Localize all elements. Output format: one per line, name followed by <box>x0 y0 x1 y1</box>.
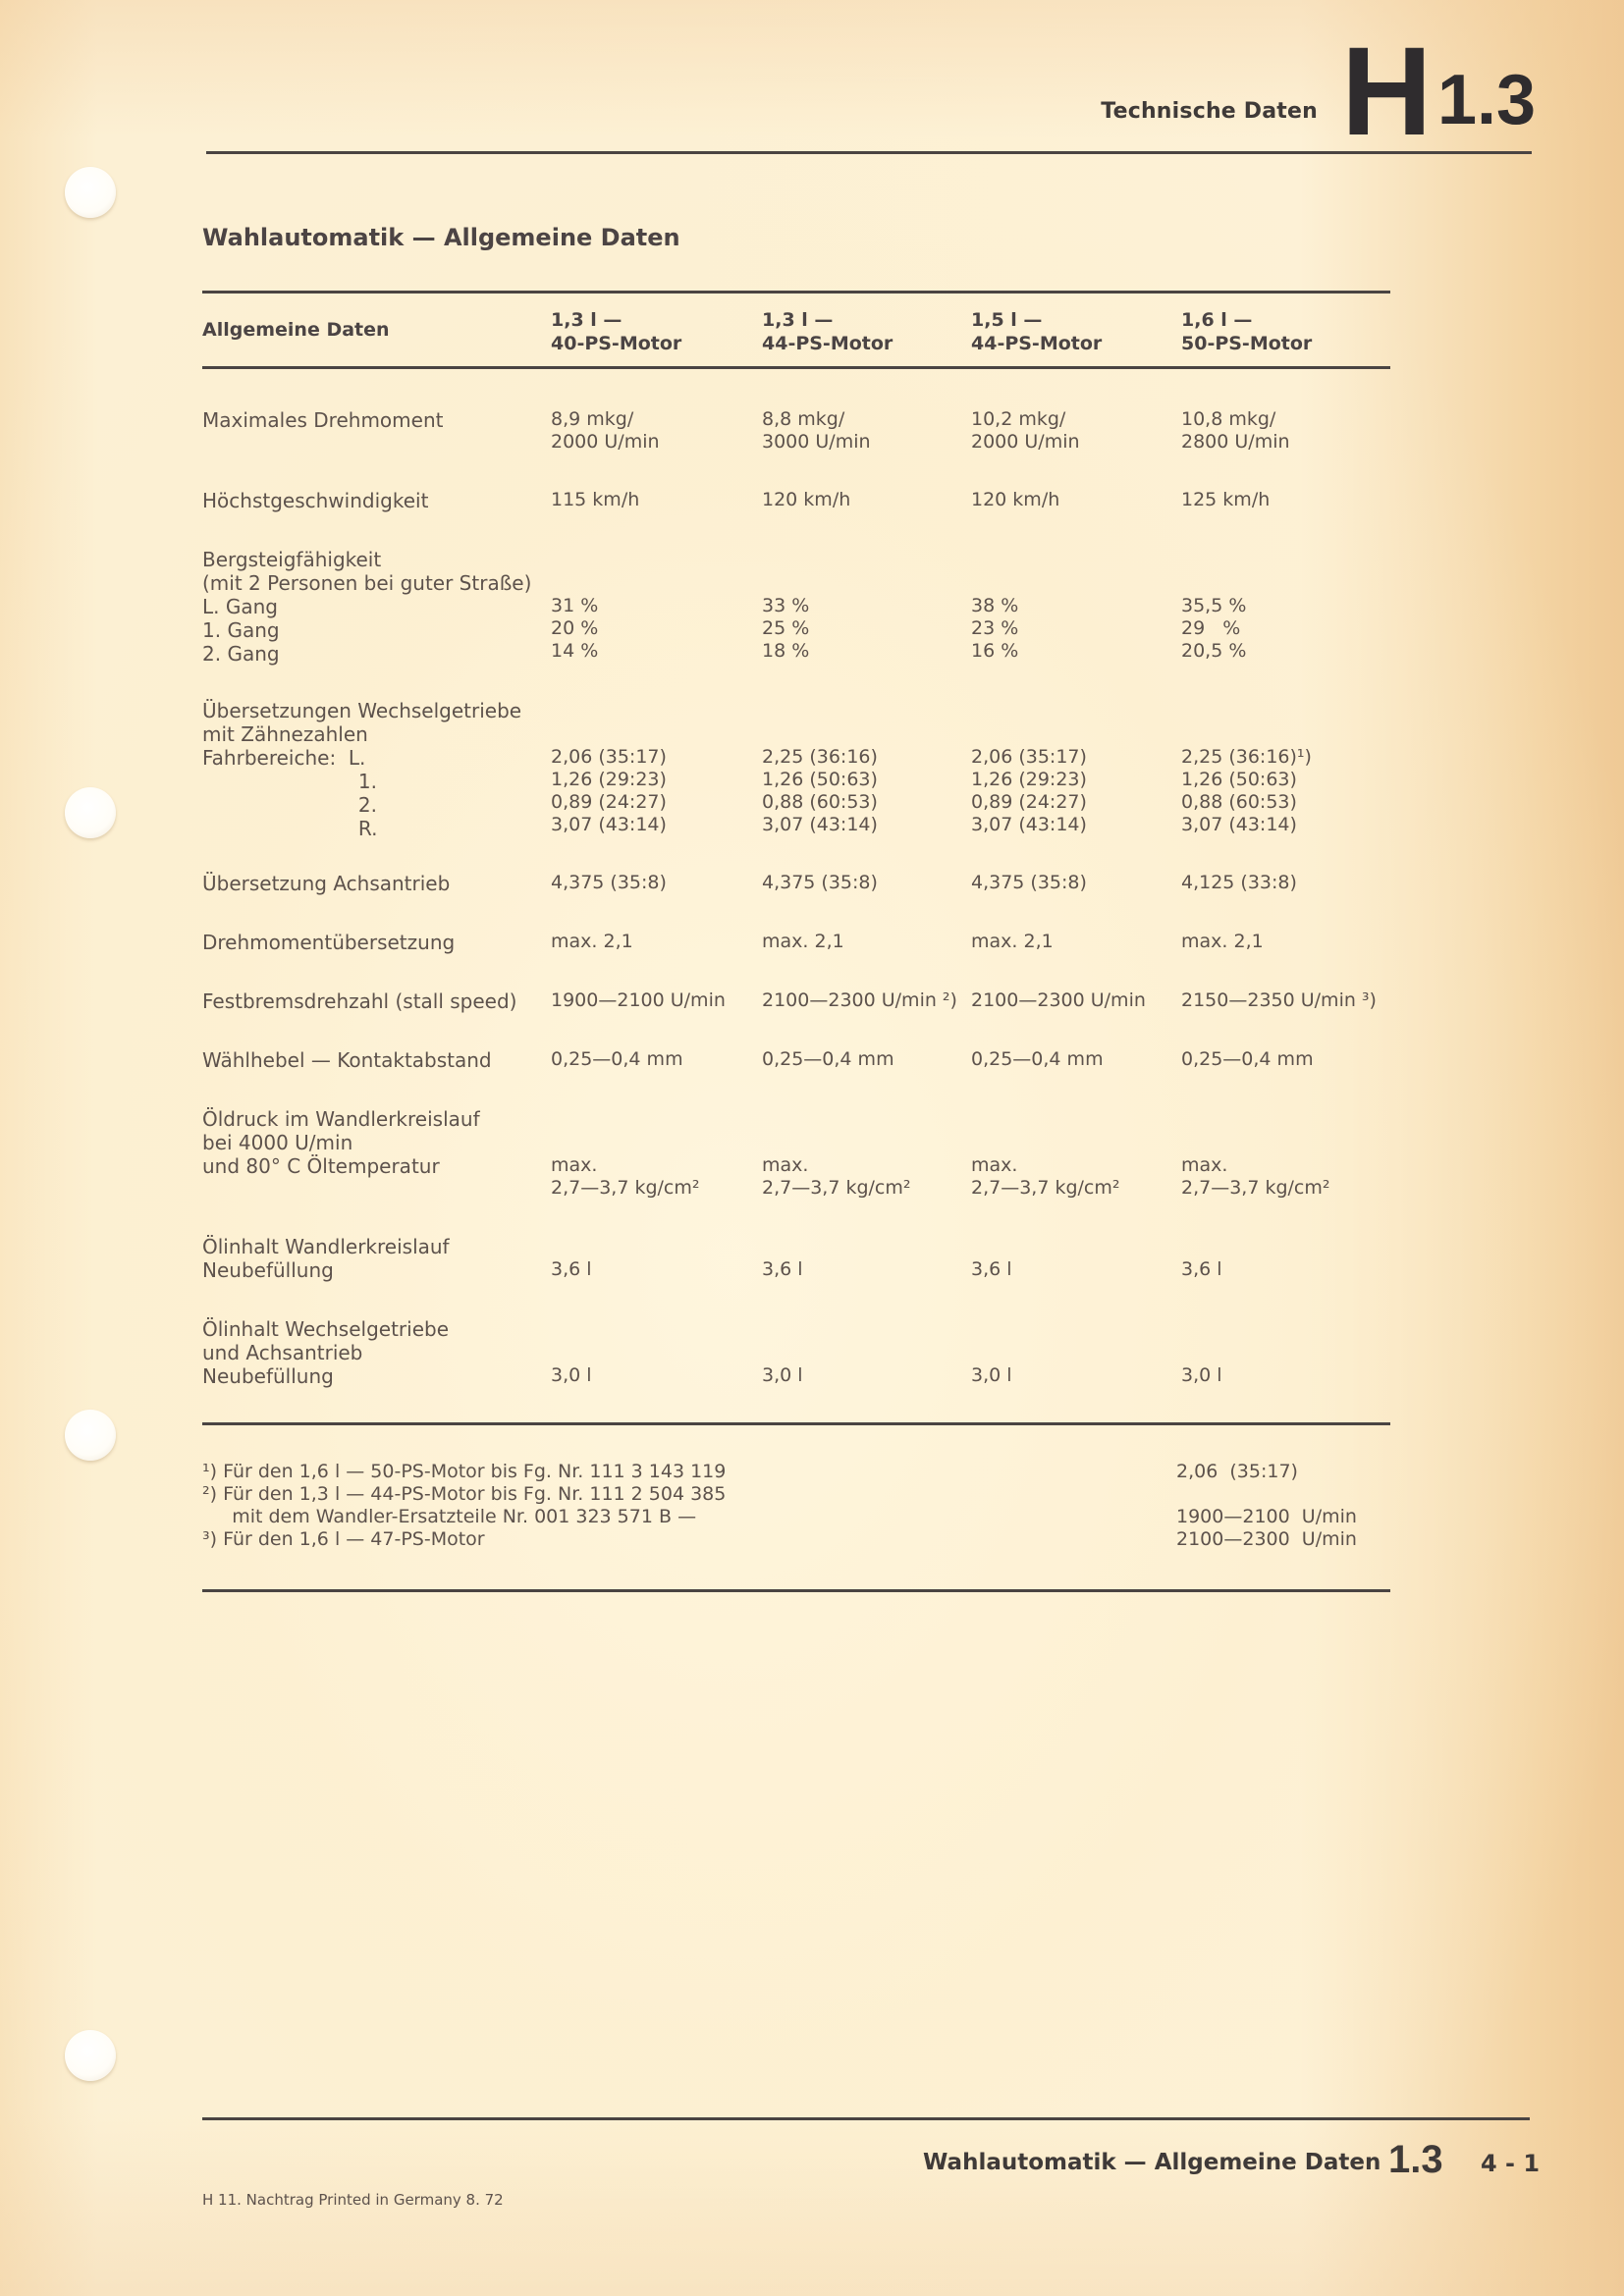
cell: 2,06 (35:17) 1,26 (29:23) 0,89 (24:27) 3… <box>971 746 1087 836</box>
cell: 2,25 (36:16)¹) 1,26 (50:63) 0,88 (60:53)… <box>1181 746 1312 836</box>
cell: 2150—2350 U/min ³) <box>1181 989 1377 1012</box>
row-label: Öldruck im Wandlerkreislauf bei 4000 U/m… <box>202 1107 480 1178</box>
cell: 3,6 l <box>762 1258 803 1281</box>
cell: 3,0 l <box>971 1364 1012 1387</box>
cell: max. 2,1 <box>551 931 633 953</box>
cell: 4,375 (35:8) <box>551 872 667 894</box>
section-label: Technische Daten <box>1101 99 1318 124</box>
punch-hole <box>65 787 116 838</box>
header-label: Allgemeine Daten <box>202 318 390 342</box>
cell: 35,5 % 29 % 20,5 % <box>1181 595 1246 663</box>
page-number: 4 - 1 <box>1481 2150 1540 2177</box>
cell: 33 % 25 % 18 % <box>762 595 809 663</box>
cell: 125 km/h <box>1181 489 1270 511</box>
column-header: 1,5 l —44-PS-Motor <box>971 308 1102 355</box>
cell: 0,25—0,4 mm <box>762 1048 894 1071</box>
cell: max. 2,1 <box>1181 931 1264 953</box>
cell: 0,25—0,4 mm <box>551 1048 683 1071</box>
print-info: H 11. Nachtrag Printed in Germany 8. 72 <box>202 2191 504 2209</box>
row-label: Bergsteigfähigkeit (mit 2 Personen bei g… <box>202 548 531 666</box>
row-label: Ölinhalt Wandlerkreislauf Neubefüllung <box>202 1235 450 1282</box>
cell: 2100—2300 U/min ²) <box>762 989 957 1012</box>
cell: 2100—2300 U/min <box>971 989 1146 1012</box>
cell: 38 % 23 % 16 % <box>971 595 1018 663</box>
row-label: Drehmomentübersetzung <box>202 931 455 954</box>
section-number: 1.3 <box>1437 65 1536 135</box>
cell: max. 2,1 <box>762 931 844 953</box>
cell: 8,9 mkg/ 2000 U/min <box>551 408 660 454</box>
punch-hole <box>65 167 116 218</box>
cell: 4,125 (33:8) <box>1181 872 1297 894</box>
cell: max. 2,7—3,7 kg/cm² <box>551 1154 700 1200</box>
cell: 0,25—0,4 mm <box>971 1048 1104 1071</box>
table-bottom-rule <box>202 1422 1390 1425</box>
row-label: Übersetzung Achsantrieb <box>202 872 450 895</box>
cell: 8,8 mkg/ 3000 U/min <box>762 408 871 454</box>
section-letter: H <box>1341 29 1432 155</box>
cell: 3,6 l <box>971 1258 1012 1281</box>
cell: 3,0 l <box>762 1364 803 1387</box>
row-label: Ölinhalt Wechselgetriebe und Achsantrieb… <box>202 1317 449 1388</box>
column-header: 1,3 l —44-PS-Motor <box>762 308 893 355</box>
punch-hole <box>65 2030 116 2081</box>
row-label: Höchstgeschwindigkeit <box>202 489 428 512</box>
row-label: Wählhebel — Kontaktabstand <box>202 1048 492 1072</box>
cell: 0,25—0,4 mm <box>1181 1048 1314 1071</box>
header-bottom-rule <box>202 366 1390 369</box>
footnotes: ¹) Für den 1,6 l — 50-PS-Motor bis Fg. N… <box>202 1461 726 1551</box>
column-header-line: 50-PS-Motor <box>1181 332 1312 355</box>
row-label: Festbremsdrehzahl (stall speed) <box>202 989 516 1013</box>
footer-rule <box>202 2117 1530 2120</box>
cell: 115 km/h <box>551 489 639 511</box>
cell: max. 2,1 <box>971 931 1054 953</box>
column-header-line: 44-PS-Motor <box>971 332 1102 355</box>
row-label: Maximales Drehmoment <box>202 408 443 432</box>
column-header-line: 44-PS-Motor <box>762 332 893 355</box>
cell: 3,0 l <box>1181 1364 1222 1387</box>
column-header-line: 1,3 l — <box>762 308 893 332</box>
footer-section: 1.3 <box>1388 2138 1443 2182</box>
cell: 10,8 mkg/ 2800 U/min <box>1181 408 1290 454</box>
column-header-line: 1,6 l — <box>1181 308 1312 332</box>
cell: 120 km/h <box>762 489 850 511</box>
column-header: 1,3 l —40-PS-Motor <box>551 308 681 355</box>
column-header-line: 1,3 l — <box>551 308 681 332</box>
column-header-line: 1,5 l — <box>971 308 1102 332</box>
cell: 4,375 (35:8) <box>762 872 878 894</box>
cell: 3,6 l <box>551 1258 592 1281</box>
cell: 31 % 20 % 14 % <box>551 595 598 663</box>
cell: 2,06 (35:17) 1,26 (29:23) 0,89 (24:27) 3… <box>551 746 667 836</box>
cell: 1900—2100 U/min <box>551 989 726 1012</box>
cell: 120 km/h <box>971 489 1059 511</box>
cell: max. 2,7—3,7 kg/cm² <box>762 1154 911 1200</box>
cell: 2,25 (36:16) 1,26 (50:63) 0,88 (60:53) 3… <box>762 746 878 836</box>
column-header: 1,6 l —50-PS-Motor <box>1181 308 1312 355</box>
footnote-rule <box>202 1589 1390 1592</box>
row-label: Übersetzungen Wechselgetriebe mit Zähnez… <box>202 699 521 840</box>
cell: max. 2,7—3,7 kg/cm² <box>971 1154 1120 1200</box>
cell: 4,375 (35:8) <box>971 872 1087 894</box>
footer-title: Wahlautomatik — Allgemeine Daten <box>923 2150 1380 2175</box>
table-top-rule <box>202 291 1390 294</box>
cell: 10,2 mkg/ 2000 U/min <box>971 408 1080 454</box>
cell: 3,0 l <box>551 1364 592 1387</box>
cell: max. 2,7—3,7 kg/cm² <box>1181 1154 1330 1200</box>
cell: 3,6 l <box>1181 1258 1222 1281</box>
page-title: Wahlautomatik — Allgemeine Daten <box>202 224 680 251</box>
punch-hole <box>65 1410 116 1461</box>
column-header-line: 40-PS-Motor <box>551 332 681 355</box>
footnote-values: 2,06 (35:17) 1900—2100 U/min 2100—2300 U… <box>1176 1461 1357 1551</box>
header-rule <box>206 151 1532 154</box>
